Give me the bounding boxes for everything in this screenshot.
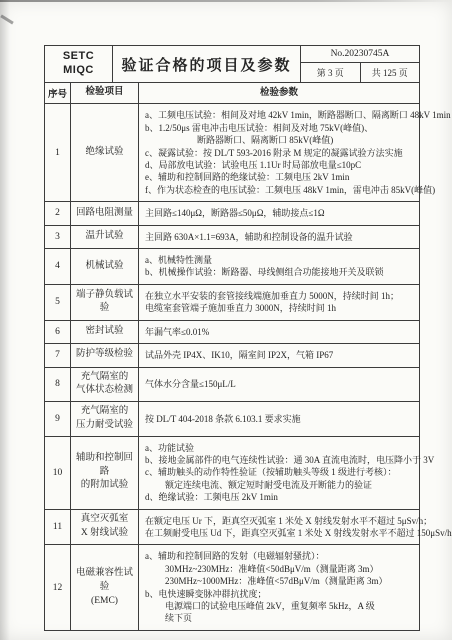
row-params: 气体水分含量≤150μL/L bbox=[139, 368, 419, 402]
org-line1: SETC bbox=[63, 50, 94, 64]
item-line: 的附加试验 bbox=[81, 479, 129, 493]
row-no: 3 bbox=[45, 226, 71, 248]
row-item: 充气隔室的压力耐受试验 bbox=[71, 402, 139, 436]
item-line: 充气隔室的 bbox=[81, 371, 129, 385]
item-line: (EMC) bbox=[91, 595, 118, 609]
item-line: 气体状态检测 bbox=[76, 384, 133, 398]
table-row: 12 电磁兼容性试验(EMC) a、辅助和控制回路的发射（电磁辐射骚扰）：30M… bbox=[45, 545, 419, 629]
table-row: 7 防护等级检验 试品外壳 IP4X、IK10，隔室间 IP2X，气箱 IP67 bbox=[45, 344, 419, 367]
param-line: b、1.2/50μs 雷电冲击电压试验：相间及对地 75kV(峰值)、 bbox=[145, 122, 451, 134]
item-line: X 射线试验 bbox=[81, 527, 128, 541]
param-line: b、电快速瞬变脉冲群抗扰度； bbox=[145, 588, 413, 600]
table-row: 6 密封试验 年漏气率≤0.01% bbox=[45, 321, 419, 344]
param-line: a、功能试验 bbox=[145, 442, 434, 454]
document: SETC MIQC 验证合格的项目及参数 No.20230745A 第 3 页 … bbox=[44, 45, 420, 631]
row-no: 2 bbox=[45, 202, 71, 224]
param-line: 主回路 630A×1.1=693A，辅助和控制设备的温升试验 bbox=[145, 231, 413, 243]
item-line: 真空灭弧室 bbox=[81, 513, 129, 527]
item-line: 回路电阻测量 bbox=[76, 207, 133, 221]
column-header-item: 检验项目 bbox=[71, 83, 139, 103]
param-line: d、绝缘试验：工频电压 2kV 1min bbox=[145, 491, 434, 503]
scan-edge-artifact bbox=[0, 0, 452, 2]
page-current: 第 3 页 bbox=[301, 63, 361, 82]
row-params: 在独立水平安装的套管接线端施加垂直力 5000N，持续时间 1h；电缆室套管端子… bbox=[139, 285, 419, 320]
row-no: 11 bbox=[45, 510, 71, 545]
table-row: 5 端子静负载试验 在独立水平安装的套管接线端施加垂直力 5000N，持续时间 … bbox=[45, 285, 419, 321]
row-item: 密封试验 bbox=[71, 321, 139, 343]
row-no: 8 bbox=[45, 368, 71, 402]
page-total: 共 125 页 bbox=[361, 63, 420, 82]
scan-shadow bbox=[0, 0, 10, 640]
table-row: 2 回路电阻测量 主回路≤140μΩ，断路器≤50μΩ，辅助接点≤1Ω bbox=[45, 202, 419, 225]
row-params: a、功能试验b、接地金属部件的电气连续性试验：通 30A 直流电流时，电压降小于… bbox=[139, 437, 440, 509]
table-header-row: 序号 检验项目 检验参数 bbox=[45, 83, 419, 104]
param-line: 电源端口的试验电压峰值 2kV，重复频率 5kHz，A 级 bbox=[145, 600, 413, 612]
row-item: 端子静负载试验 bbox=[71, 285, 139, 320]
param-line: 额定连续电流、额定短时耐受电流及开断能力的验证 bbox=[145, 479, 434, 491]
item-line: 机械试验 bbox=[85, 260, 123, 274]
item-line: 充气隔室的 bbox=[81, 405, 129, 419]
org-logo: SETC MIQC bbox=[45, 46, 113, 82]
param-line: 电缆室套管端子施加垂直力 3000N，持续时间 1h bbox=[145, 302, 413, 314]
param-line: a、工频电压试验：相间及对地 42kV 1min，断路器断口、隔离断口 48kV… bbox=[145, 109, 451, 121]
row-no: 12 bbox=[45, 545, 71, 629]
param-line: c、辅助触头的动作特性验证（按辅助触头等级 1 级进行考核）： bbox=[145, 466, 434, 478]
table-row: 4 机械试验 a、机械特性测量b、机械操作试验：断路器、母线侧组合功能接地开关及… bbox=[45, 249, 419, 285]
row-no: 9 bbox=[45, 402, 71, 436]
row-item: 防护等级检验 bbox=[71, 344, 139, 366]
row-item: 充气隔室的气体状态检测 bbox=[71, 368, 139, 402]
item-line: 密封试验 bbox=[85, 325, 123, 339]
param-line: 在额定电压 Ur 下，距真空灭弧室 1 米处 X 射线发射水平不超过 5μSv/… bbox=[145, 515, 452, 527]
row-params: 主回路 630A×1.1=693A，辅助和控制设备的温升试验 bbox=[139, 226, 419, 248]
param-line: 主回路≤140μΩ，断路器≤50μΩ，辅助接点≤1Ω bbox=[145, 207, 413, 219]
item-line: 压力耐受试验 bbox=[76, 419, 133, 433]
param-line: d、局部放电试验：试验电压 1.1Ur 时局部放电量≤10pC bbox=[145, 159, 451, 171]
item-line: 防护等级检验 bbox=[76, 348, 133, 362]
org-line2: MIQC bbox=[63, 64, 94, 78]
table-row: 9 充气隔室的压力耐受试验 按 DL/T 404-2018 条款 6.103.1… bbox=[45, 402, 419, 437]
param-line: 气体水分含量≤150μL/L bbox=[145, 378, 413, 390]
document-header: SETC MIQC 验证合格的项目及参数 No.20230745A 第 3 页 … bbox=[44, 45, 420, 83]
param-line: a、辅助和控制回路的发射（电磁辐射骚扰）： bbox=[145, 550, 413, 562]
item-line: 电磁兼容性试验 bbox=[73, 567, 136, 595]
row-params: a、工频电压试验：相间及对地 42kV 1min，断路器断口、隔离断口 48kV… bbox=[139, 104, 452, 201]
row-no: 4 bbox=[45, 249, 71, 284]
param-line: 试品外壳 IP4X、IK10，隔室间 IP2X，气箱 IP67 bbox=[145, 349, 413, 361]
param-line: b、接地金属部件的电气连续性试验：通 30A 直流电流时，电压降小于 3V bbox=[145, 454, 434, 466]
row-item: 真空灭弧室X 射线试验 bbox=[71, 510, 139, 545]
row-params: 主回路≤140μΩ，断路器≤50μΩ，辅助接点≤1Ω bbox=[139, 202, 419, 224]
param-line: 30MHz~230MHz：准峰值<50dBμV/m（测量距离 3m） bbox=[145, 563, 413, 575]
row-no: 1 bbox=[45, 104, 71, 201]
param-line: b、机械操作试验：断路器、母线侧组合功能接地开关及联锁 bbox=[145, 266, 413, 278]
table-row: 8 充气隔室的气体状态检测 气体水分含量≤150μL/L bbox=[45, 368, 419, 403]
doc-number-block: No.20230745A 第 3 页 共 125 页 bbox=[301, 46, 419, 82]
table-row: 3 温升试验 主回路 630A×1.1=693A，辅助和控制设备的温升试验 bbox=[45, 226, 419, 249]
param-line: 230MHz~1000MHz：准峰值<57dBμV/m（测量距离 3m） bbox=[145, 575, 413, 587]
item-line: 端子静负载试验 bbox=[73, 289, 136, 317]
row-params: a、辅助和控制回路的发射（电磁辐射骚扰）：30MHz~230MHz：准峰值<50… bbox=[139, 545, 419, 629]
row-item: 机械试验 bbox=[71, 249, 139, 284]
item-line: 温升试验 bbox=[85, 230, 123, 244]
row-item: 电磁兼容性试验(EMC) bbox=[71, 545, 139, 629]
column-header-params: 检验参数 bbox=[139, 83, 419, 103]
param-line: f、作为状态检查的电压试验：工频电压 48kV 1min，雷电冲击 85kV(峰… bbox=[145, 184, 451, 196]
page-title: 验证合格的项目及参数 bbox=[113, 46, 301, 82]
item-line: 绝缘试验 bbox=[85, 146, 123, 160]
page-indicator: 第 3 页 共 125 页 bbox=[301, 63, 419, 82]
param-line: 在工频耐受电压 Ud 下，距真空灭弧室 1 米处 X 射线发射水平不超过 150… bbox=[145, 527, 452, 539]
param-line: a、机械特性测量 bbox=[145, 254, 413, 266]
param-line: 续下页 bbox=[145, 612, 413, 624]
scanned-document-page: SETC MIQC 验证合格的项目及参数 No.20230745A 第 3 页 … bbox=[0, 0, 452, 640]
param-line: c、凝露试验：按 DL/T 593-2016 附录 M 规定的凝露试验方法实施 bbox=[145, 147, 451, 159]
row-no: 7 bbox=[45, 344, 71, 366]
row-item: 绝缘试验 bbox=[71, 104, 139, 201]
param-line: 断路器断口、隔离断口 85kV(峰值) bbox=[145, 134, 451, 146]
table-row: 1 绝缘试验 a、工频电压试验：相间及对地 42kV 1min，断路器断口、隔离… bbox=[45, 104, 419, 202]
row-params: a、机械特性测量b、机械操作试验：断路器、母线侧组合功能接地开关及联锁 bbox=[139, 249, 419, 284]
column-header-no: 序号 bbox=[45, 83, 71, 103]
row-no: 10 bbox=[45, 437, 71, 509]
row-params: 在额定电压 Ur 下，距真空灭弧室 1 米处 X 射线发射水平不超过 5μSv/… bbox=[139, 510, 452, 545]
param-line: 年漏气率≤0.01% bbox=[145, 326, 413, 338]
param-line: 在独立水平安装的套管接线端施加垂直力 5000N，持续时间 1h； bbox=[145, 290, 413, 302]
row-item: 回路电阻测量 bbox=[71, 202, 139, 224]
table-row: 11 真空灭弧室X 射线试验 在额定电压 Ur 下，距真空灭弧室 1 米处 X … bbox=[45, 510, 419, 546]
row-no: 5 bbox=[45, 285, 71, 320]
row-params: 按 DL/T 404-2018 条款 6.103.1 要求实施 bbox=[139, 402, 419, 436]
inspection-table-body: 1 绝缘试验 a、工频电压试验：相间及对地 42kV 1min，断路器断口、隔离… bbox=[45, 104, 419, 629]
row-item: 温升试验 bbox=[71, 226, 139, 248]
row-item: 辅助和控制回路的附加试验 bbox=[71, 437, 139, 509]
row-no: 6 bbox=[45, 321, 71, 343]
row-params: 试品外壳 IP4X、IK10，隔室间 IP2X，气箱 IP67 bbox=[139, 344, 419, 366]
param-line: 按 DL/T 404-2018 条款 6.103.1 要求实施 bbox=[145, 413, 413, 425]
inspection-table: 序号 检验项目 检验参数 1 绝缘试验 a、工频电压试验：相间及对地 42kV … bbox=[44, 83, 420, 631]
item-line: 辅助和控制回路 bbox=[73, 452, 136, 480]
table-row: 10 辅助和控制回路的附加试验 a、功能试验b、接地金属部件的电气连续性试验：通… bbox=[45, 437, 419, 510]
row-params: 年漏气率≤0.01% bbox=[139, 321, 419, 343]
param-line: e、辅助和控制回路的绝缘试验：工频电压 2kV 1min bbox=[145, 171, 451, 183]
doc-number: No.20230745A bbox=[301, 46, 419, 63]
